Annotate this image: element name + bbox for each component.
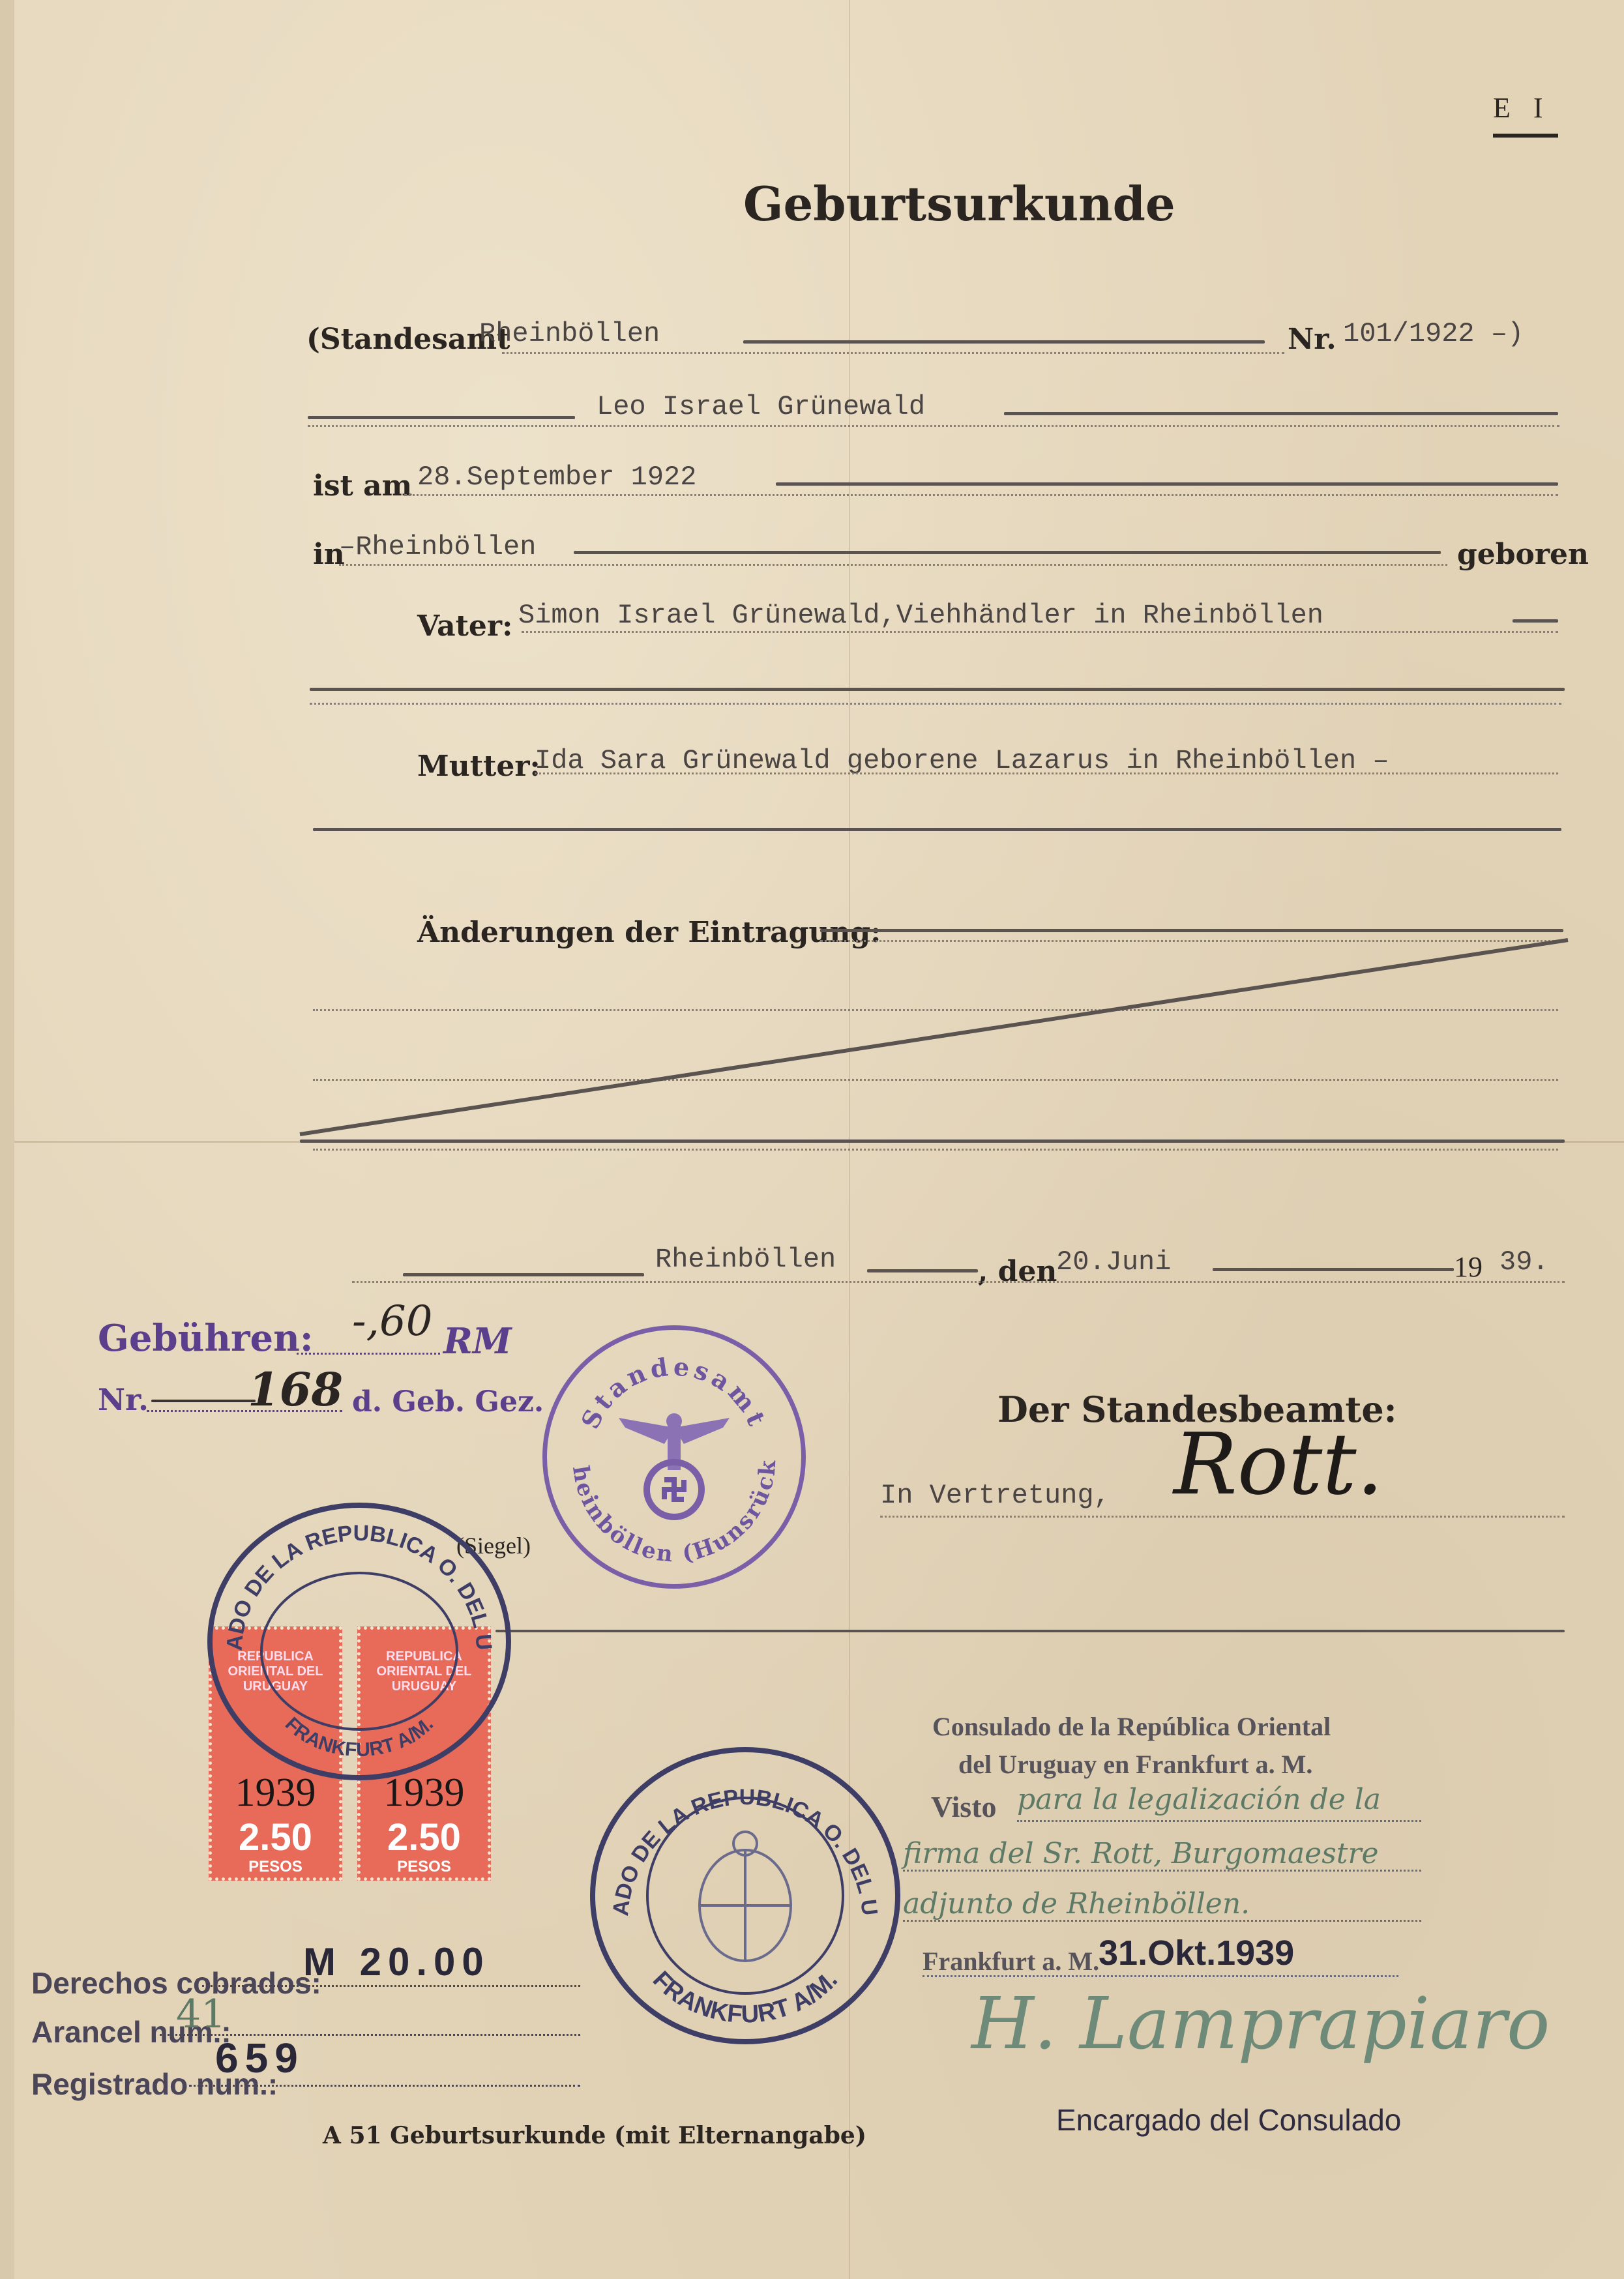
dotted-line: [352, 1281, 1565, 1283]
revenue-stamp-currency: PESOS: [212, 1858, 339, 1876]
form-footer: A 51 Geburtsurkunde (mit Elternangabe): [323, 2122, 866, 2149]
fees-nr-value: 168: [248, 1362, 343, 1417]
derechos-value: M 20.00: [303, 1939, 490, 1984]
dotted-line: [189, 2085, 580, 2087]
dotted-line: [880, 1516, 1565, 1518]
dotted-line: [202, 1985, 580, 1987]
legalization-place: Frankfurt a. M.: [923, 1946, 1099, 1977]
issue-year-suffix: 39.: [1499, 1246, 1549, 1278]
fees-label: Gebühren:: [98, 1317, 314, 1360]
dotted-line: [1017, 1820, 1421, 1822]
dotted-line: [297, 1353, 440, 1355]
legalization-hand-line-3: adjunto de Rheinböllen.: [903, 1887, 1250, 1920]
legalization-date: 31.Okt.1939: [1099, 1933, 1294, 1973]
dotted-line: [923, 1975, 1398, 1977]
legalization-hand-line-1: para la legalización de la: [1017, 1783, 1381, 1816]
consulate-legalization: Consulado de la República Oriental del U…: [932, 1708, 1331, 1784]
fill-rule: [867, 1269, 978, 1272]
changes-strikethrough: [0, 0, 1624, 1173]
consulate-line-1: Consulado de la República Oriental: [932, 1708, 1331, 1746]
issue-place: Rheinböllen: [655, 1244, 836, 1275]
dotted-line: [903, 1870, 1421, 1872]
consulate-stamp-large: CONSULADO DE LA REPUBLICA O. DEL URUGUAY…: [590, 1747, 900, 2044]
arancel-value: 41: [176, 1992, 226, 2037]
coat-of-arms-icon: [700, 1832, 791, 1961]
fees-amount: -,60: [352, 1297, 432, 1345]
fees-nr-suffix: d. Geb. Gez.: [352, 1385, 544, 1419]
emblem-icon: [664, 1480, 684, 1499]
issue-year-prefix: 19: [1454, 1250, 1483, 1284]
revenue-stamp-amount: 2.50: [212, 1816, 339, 1859]
consulate-stamp-small: CONSULADO DE LA REPUBLICA O. DEL URUGUAY…: [207, 1503, 511, 1780]
standesamt-stamp: Standesamt Rheinböllen (Hunsrück): [542, 1325, 806, 1589]
registrar-deputy: In Vertretung,: [880, 1480, 1110, 1511]
consul-title: Encargado del Consulado: [1056, 2102, 1401, 2138]
dotted-line: [147, 1410, 342, 1412]
consulate-line-2: del Uruguay en Frankfurt a. M.: [932, 1746, 1331, 1784]
registrar-signature: Rott.: [1174, 1415, 1383, 1514]
fill-rule: [151, 1400, 256, 1402]
fees-currency: RM: [443, 1320, 512, 1362]
svg-text:FRANKFURT A/M.: FRANKFURT A/M.: [281, 1713, 437, 1761]
fill-rule: [300, 1139, 1565, 1143]
revenue-stamp-year: 1939: [212, 1770, 339, 1816]
fees-nr-label: Nr.: [98, 1382, 149, 1417]
revenue-stamp-currency: PESOS: [361, 1858, 488, 1876]
issue-date: 20.Juni: [1056, 1246, 1171, 1278]
legalization-hand-line-2: firma del Sr. Rott, Burgomaestre: [903, 1837, 1379, 1870]
fill-rule: [403, 1273, 644, 1276]
fill-rule: [1213, 1268, 1454, 1271]
dotted-line: [313, 1149, 1558, 1151]
signature-rule: [495, 1630, 1565, 1632]
svg-text:FRANKFURT A/M.: FRANKFURT A/M.: [647, 1966, 843, 2029]
revenue-stamp-amount: 2.50: [361, 1816, 488, 1859]
den-label: , den: [978, 1255, 1057, 1288]
visto-label: Visto: [931, 1789, 997, 1824]
stamp-text-ring: Standesamt Rheinböllen (Hunsrück): [547, 1330, 801, 1584]
dotted-line: [903, 1920, 1421, 1922]
consul-signature: H. Lamprapiaro: [971, 1982, 1550, 2065]
registrado-value: 659: [215, 2034, 304, 2082]
